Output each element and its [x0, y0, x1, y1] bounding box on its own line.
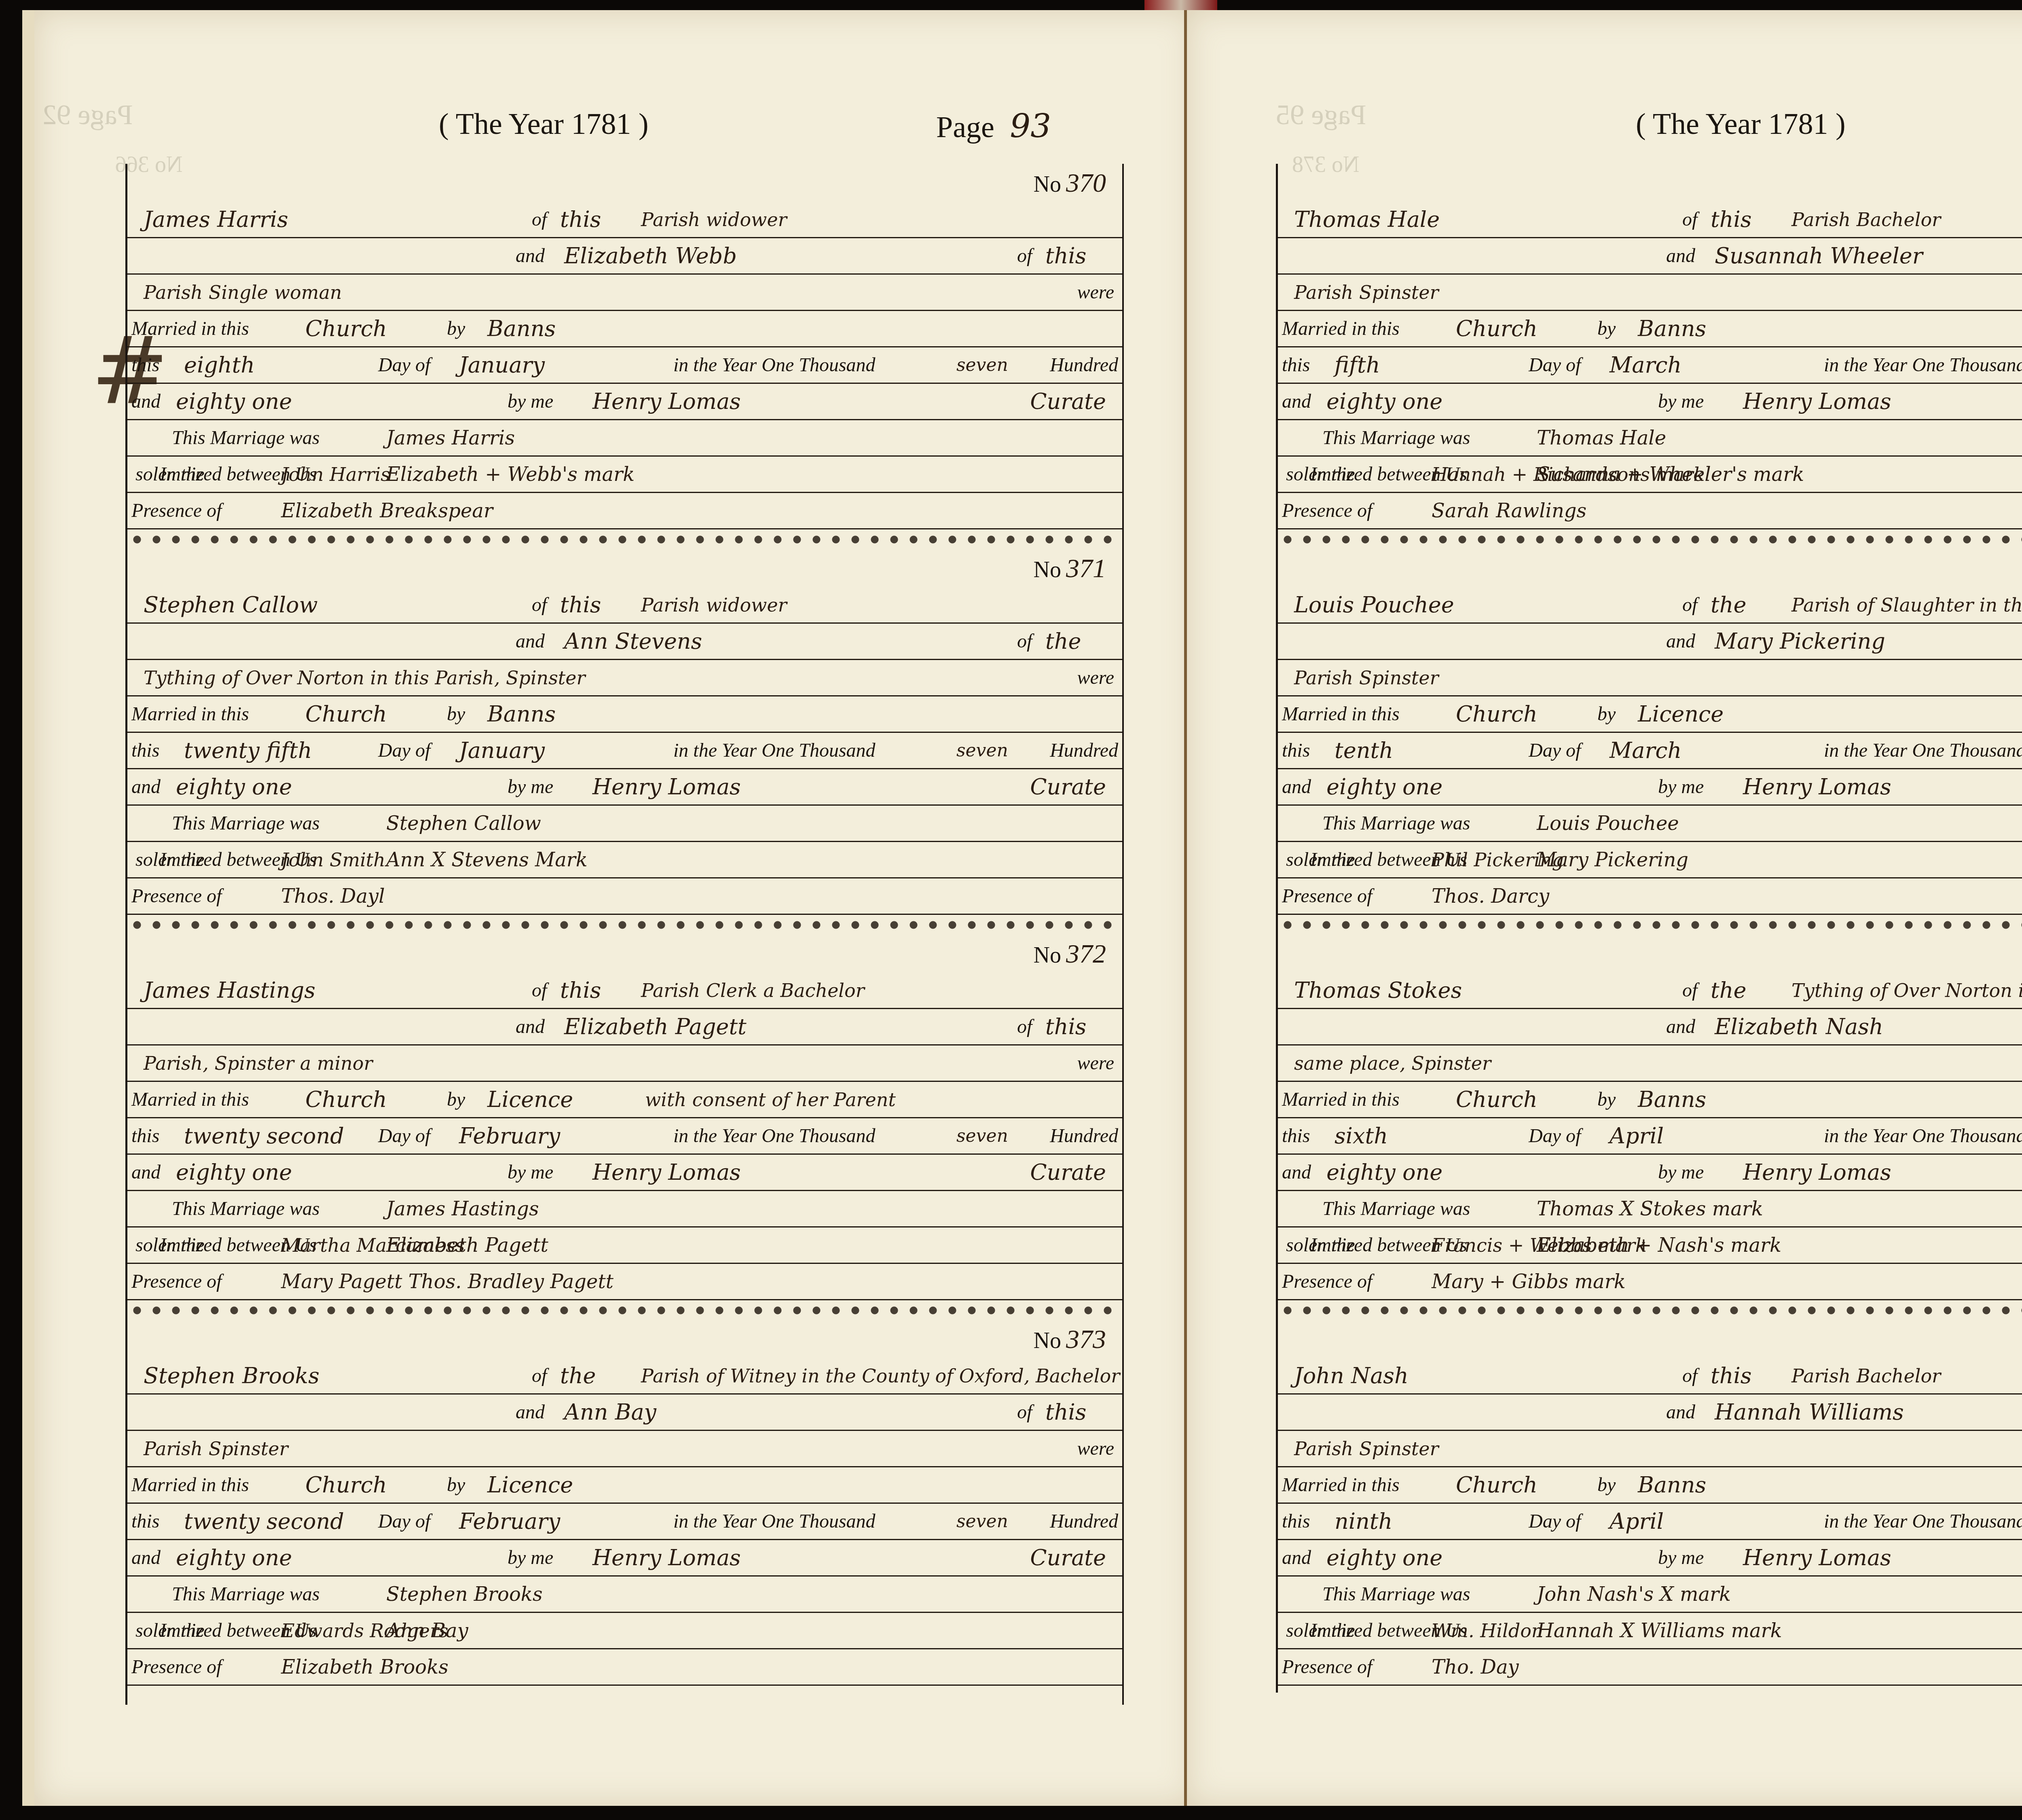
of-label: of: [1017, 1395, 1032, 1430]
witness-2: Elizabeth Brooks: [281, 1650, 448, 1685]
groom-of: this: [560, 973, 601, 1008]
witness-1: John Smith: [281, 842, 385, 877]
form-line: solemnized between UsMary Pickering: [1278, 842, 2022, 878]
were-label: were: [1077, 275, 1114, 310]
witness-2: Tho. Day: [1432, 1650, 1519, 1685]
year-words: eighty one: [1326, 384, 1442, 419]
officiant: Henry Lomas: [1743, 770, 1891, 804]
groom-description: Parish Clerk a Bachelor: [641, 973, 865, 1008]
signature-groom: Louis Pouchee: [1537, 806, 1679, 841]
and-label: and: [1282, 1541, 1311, 1575]
ornament-divider: [127, 1301, 1122, 1320]
form-line: In theHannah + Richardsons markPresence …: [1278, 493, 2022, 529]
form-line: Married in thisChurchbyLicencewith conse…: [127, 1082, 1122, 1118]
form-line: In theJohn HarrisPresence ofElizabeth Br…: [127, 493, 1122, 529]
bride-of: this: [1045, 1009, 1086, 1044]
entry-number: 373: [1066, 1325, 1106, 1354]
bride-description: Parish Spinster: [1294, 275, 1438, 310]
in-the-label: In the: [1310, 1228, 1355, 1263]
day: tenth: [1335, 733, 1393, 768]
this-label: this: [1282, 733, 1310, 768]
this-label: this: [1282, 1119, 1310, 1153]
century: seven: [956, 348, 1008, 383]
signature-groom: John Nash's X mark: [1537, 1577, 1731, 1612]
left-page: Page 92 No 366 # ( The Year 1781 ) Page …: [22, 10, 1195, 1806]
by-me-label: by me: [1658, 384, 1704, 419]
married-label: Married in this: [1282, 1468, 1400, 1503]
form-line: solemnized between UsAnn X Stevens Mark: [127, 842, 1122, 878]
hundred-label: Hundred: [1050, 1119, 1118, 1153]
this-label: this: [131, 1504, 159, 1539]
page-label: Page: [936, 111, 994, 144]
witness-2: Mary + Gibbs mark: [1432, 1264, 1626, 1299]
year-label: in the Year One Thousand: [673, 1119, 876, 1153]
presence-label: Presence of: [131, 879, 222, 914]
this-label: this: [1282, 348, 1310, 383]
witness-1: Edwards Rodgers: [281, 1613, 448, 1648]
by-label: by: [1597, 1082, 1616, 1117]
marriage-was-label: This Marriage was: [1322, 806, 1470, 841]
marriage-entry: No377John NashofthisParish BachelorandHa…: [1278, 1320, 2022, 1686]
bride-of: the: [1045, 624, 1081, 659]
role: Curate: [1030, 1155, 1106, 1190]
presence-label: Presence of: [131, 1650, 222, 1685]
form-line: solemnized between UsElizabeth + Nash's …: [1278, 1228, 2022, 1264]
year-words: eighty one: [1326, 770, 1442, 804]
form-line: Married in thisChurchbyLicence: [1278, 697, 2022, 733]
and-label: and: [131, 770, 161, 804]
married-label: Married in this: [1282, 311, 1400, 346]
groom-name: John Nash: [1294, 1359, 1409, 1393]
ornament-divider: [127, 915, 1122, 935]
form-line: thisfifthDay ofMarchin the Year One Thou…: [1278, 348, 2022, 384]
form-line: Parish Spinsterwere: [1278, 275, 2022, 311]
and-label: and: [131, 1541, 161, 1575]
by-label: by: [447, 1082, 465, 1117]
day: twenty fifth: [184, 733, 312, 768]
by-me-label: by me: [1658, 1155, 1704, 1190]
place: Church: [1456, 1082, 1538, 1117]
marriage-by: Banns: [1638, 1082, 1706, 1117]
month: February: [459, 1119, 560, 1153]
and-label: and: [1666, 1009, 1695, 1044]
witness-1: John Harris: [281, 457, 390, 492]
form-line: In theEdwards RodgersPresence ofElizabet…: [127, 1650, 1122, 1686]
marriage-entry: No375Louis PoucheeoftheParish of Slaught…: [1278, 549, 2022, 915]
and-label: and: [1282, 384, 1311, 419]
form-line: Louis PoucheeoftheParish of Slaughter in…: [1278, 588, 2022, 624]
entry-number: 372: [1066, 939, 1106, 969]
header-year: ( The Year 1781 ): [439, 107, 649, 142]
bride-name: Elizabeth Webb: [564, 239, 737, 273]
form-line: solemnized between UsElizabeth + Webb's …: [127, 457, 1122, 493]
of-label: of: [1682, 202, 1697, 237]
form-line: In thePhil PickeringPresence ofThos. Dar…: [1278, 879, 2022, 915]
form-line: Married in thisChurchbyBanns: [127, 311, 1122, 347]
form-line: This Marriage wasJohn Nash's X mark: [1278, 1577, 2022, 1613]
ornament-divider: [1278, 1301, 2022, 1320]
entry-number-label: No370: [1034, 168, 1106, 199]
signature-bride: Ann X Stevens Mark: [386, 842, 588, 877]
marriage-entry: No371Stephen CallowofthisParish widowera…: [127, 549, 1122, 915]
form-line: andElizabeth Nashofthe: [1278, 1009, 2022, 1045]
role: Curate: [1030, 770, 1106, 804]
day-of-label: Day of: [378, 733, 430, 768]
groom-of: this: [560, 588, 601, 622]
extra-note: with consent of her Parent: [645, 1082, 896, 1117]
ornament-divider: [1278, 530, 2022, 549]
day-of-label: Day of: [378, 1504, 430, 1539]
and-label: and: [516, 1395, 545, 1430]
form-line: This Marriage wasJames Harris: [127, 421, 1122, 457]
place: Church: [1456, 1468, 1538, 1503]
groom-name: Thomas Hale: [1294, 202, 1440, 237]
form-line: This Marriage wasJames Hastings: [127, 1191, 1122, 1227]
day: fifth: [1335, 348, 1380, 383]
signature-groom: James Hastings: [386, 1191, 539, 1226]
page-number-label: Page 93: [936, 107, 1051, 145]
day: sixth: [1335, 1119, 1388, 1153]
of-label: of: [532, 588, 547, 622]
groom-description: Parish Bachelor: [1791, 1359, 1941, 1393]
by-label: by: [1597, 697, 1616, 732]
were-label: were: [1077, 1046, 1114, 1081]
year-words: eighty one: [176, 770, 292, 804]
month: April: [1610, 1504, 1664, 1539]
form-line: Parish, Spinster a minorwere: [127, 1046, 1122, 1082]
officiant: Henry Lomas: [592, 1541, 741, 1575]
this-label: this: [131, 348, 159, 383]
signature-bride: Hannah X Williams mark: [1537, 1613, 1782, 1648]
groom-of: the: [1711, 588, 1746, 622]
form-line: Thomas HaleofthisParish Bachelor: [1278, 202, 2022, 238]
marriage-was-label: This Marriage was: [1322, 421, 1470, 455]
form-line: James HastingsofthisParish Clerk a Bache…: [127, 973, 1122, 1009]
marriage-was-label: This Marriage was: [172, 1191, 319, 1226]
form-line: Thomas StokesoftheTything of Over Norton…: [1278, 973, 2022, 1009]
and-label: and: [131, 1155, 161, 1190]
marriage-entry: No370James HarrisofthisParish widowerand…: [127, 164, 1122, 530]
and-label: and: [1282, 770, 1311, 804]
form-line: John NashofthisParish Bachelor: [1278, 1359, 2022, 1395]
and-label: and: [1666, 624, 1695, 659]
were-label: were: [1077, 1431, 1114, 1466]
of-label: of: [1017, 624, 1032, 659]
form-line: andHannah Williamsofthis: [1278, 1395, 2022, 1431]
form-line: This Marriage wasThomas X Stokes mark: [1278, 1191, 2022, 1227]
form-line: Married in thisChurchbyBanns: [127, 697, 1122, 733]
witness-2: Thos. Dayl: [281, 879, 385, 914]
form-line: Married in thisChurchbyLicence: [127, 1468, 1122, 1504]
form-line: thistenthDay ofMarchin the Year One Thou…: [1278, 733, 2022, 769]
groom-name: James Harris: [144, 202, 288, 237]
groom-of: the: [560, 1359, 596, 1393]
and-label: and: [516, 239, 545, 273]
signature-bride: Elizabeth + Webb's mark: [386, 457, 635, 492]
form-line: andeighty oneby meHenry LomasCurate: [127, 770, 1122, 806]
groom-name: Louis Pouchee: [1294, 588, 1454, 622]
form-line: andSusannah Wheelerofthis: [1278, 239, 2022, 275]
bride-name: Elizabeth Nash: [1715, 1009, 1883, 1044]
month: January: [459, 348, 545, 383]
by-me-label: by me: [508, 770, 553, 804]
signature-groom: Stephen Brooks: [386, 1577, 543, 1612]
marriage-entry: No376Thomas StokesoftheTything of Over N…: [1278, 935, 2022, 1301]
marriage-was-label: This Marriage was: [172, 421, 319, 455]
by-label: by: [447, 311, 465, 346]
form-line: solemnized between UsElizabeth Pagett: [127, 1228, 1122, 1264]
in-the-label: In the: [160, 842, 205, 877]
form-line: This Marriage wasStephen Callow: [127, 806, 1122, 842]
form-line: thistwenty secondDay ofFebruaryin the Ye…: [127, 1119, 1122, 1155]
marriage-entry: No374Thomas HaleofthisParish Bachelorand…: [1278, 164, 2022, 530]
day: eighth: [184, 348, 255, 383]
bride-description: Parish Spinster: [1294, 660, 1438, 695]
form-line: Stephen CallowofthisParish widower: [127, 588, 1122, 624]
married-label: Married in this: [1282, 697, 1400, 732]
marriage-by: Licence: [1638, 697, 1724, 732]
officiant: Henry Lomas: [592, 384, 741, 419]
witness-1: Hannah + Richardsons mark: [1432, 457, 1705, 492]
of-label: of: [532, 202, 547, 237]
month: January: [459, 733, 545, 768]
form-line: andElizabeth Webbofthis: [127, 239, 1122, 275]
married-label: Married in this: [131, 1082, 249, 1117]
form-line: solemnized between UsHannah X Williams m…: [1278, 1613, 2022, 1649]
day-of-label: Day of: [1529, 733, 1581, 768]
hundred-label: Hundred: [1050, 733, 1118, 768]
and-label: and: [516, 624, 545, 659]
bride-description: same place, Spinster: [1294, 1046, 1491, 1081]
by-label: by: [1597, 311, 1616, 346]
form-line: James HarrisofthisParish widower: [127, 202, 1122, 238]
no-label: No: [1034, 943, 1061, 968]
presence-label: Presence of: [1282, 1264, 1372, 1299]
marriage-by: Banns: [487, 697, 556, 732]
form-line: Married in thisChurchbyBanns: [1278, 1082, 2022, 1118]
witness-1: Wm. Hildon: [1432, 1613, 1543, 1648]
officiant: Henry Lomas: [1743, 1541, 1891, 1575]
groom-of: this: [560, 202, 601, 237]
groom-description: Parish of Slaughter in the County of Glo…: [1791, 588, 2022, 622]
entry-number-label: No371: [1034, 553, 1106, 584]
form-line: In theWm. HildonPresence ofTho. Day: [1278, 1650, 2022, 1686]
no-label: No: [1034, 172, 1061, 197]
married-label: Married in this: [131, 1468, 249, 1503]
month: April: [1610, 1119, 1664, 1153]
this-label: this: [131, 733, 159, 768]
form-line: Stephen BrooksoftheParish of Witney in t…: [127, 1359, 1122, 1395]
form-line: thiseighthDay ofJanuaryin the Year One T…: [127, 348, 1122, 384]
married-label: Married in this: [131, 697, 249, 732]
day-of-label: Day of: [1529, 1119, 1581, 1153]
entry-number: 370: [1066, 168, 1106, 198]
month: March: [1610, 733, 1681, 768]
form-line: Tything of Over Norton in this Parish, S…: [127, 660, 1122, 696]
in-the-label: In the: [160, 457, 205, 492]
form-line: solemnized between UsAnn Bay: [127, 1613, 1122, 1649]
presence-label: Presence of: [131, 493, 222, 528]
year-words: eighty one: [176, 1541, 292, 1575]
and-label: and: [516, 1009, 545, 1044]
form-line: Parish Spinsterwere: [127, 1431, 1122, 1467]
no-label: No: [1034, 557, 1061, 582]
form-line: andAnn Bayofthis: [127, 1395, 1122, 1431]
by-me-label: by me: [508, 1155, 553, 1190]
groom-name: Stephen Callow: [144, 588, 318, 622]
bride-description: Parish, Spinster a minor: [144, 1046, 372, 1081]
married-label: Married in this: [131, 311, 249, 346]
entry-number: 371: [1066, 554, 1106, 583]
form-line: Parish Single womanwere: [127, 275, 1122, 311]
groom-description: Parish widower: [641, 588, 787, 622]
officiant: Henry Lomas: [1743, 384, 1891, 419]
signature-groom: Thomas X Stokes mark: [1537, 1191, 1763, 1226]
bride-description: Parish Spinster: [144, 1431, 288, 1466]
and-label: and: [1666, 239, 1695, 273]
by-label: by: [447, 1468, 465, 1503]
were-label: were: [1077, 660, 1114, 695]
witness-2: Sarah Rawlings: [1432, 493, 1586, 528]
year-label: in the Year One Thousand: [673, 733, 876, 768]
witness-2: Elizabeth Breakspear: [281, 493, 493, 528]
marriage-was-label: This Marriage was: [172, 806, 319, 841]
form-line: thisninthDay ofAprilin the Year One Thou…: [1278, 1504, 2022, 1540]
witness-2: Mary Pagett Thos. Bradley Pagett: [281, 1264, 613, 1299]
groom-of: this: [1711, 202, 1751, 237]
groom-name: Thomas Stokes: [1294, 973, 1462, 1008]
form-line: Married in thisChurchbyBanns: [1278, 1468, 2022, 1504]
this-label: this: [1282, 1504, 1310, 1539]
officiant: Henry Lomas: [1743, 1155, 1891, 1190]
bride-name: Susannah Wheeler: [1715, 239, 1923, 273]
year-words: eighty one: [176, 384, 292, 419]
this-label: this: [131, 1119, 159, 1153]
day: ninth: [1335, 1504, 1392, 1539]
of-label: of: [1682, 588, 1697, 622]
form-line: andElizabeth Pagettofthis: [127, 1009, 1122, 1045]
presence-label: Presence of: [131, 1264, 222, 1299]
header-year: ( The Year 1781 ): [1636, 107, 1846, 142]
in-the-label: In the: [160, 1228, 205, 1263]
officiant: Henry Lomas: [592, 770, 741, 804]
marriage-entry: No373Stephen BrooksoftheParish of Witney…: [127, 1320, 1122, 1686]
year-label: in the Year One Thousand: [673, 348, 876, 383]
day: twenty second: [184, 1119, 344, 1153]
form-line: andeighty oneby meHenry LomasCurate: [127, 1541, 1122, 1577]
and-label: and: [131, 384, 161, 419]
form-line: Parish Spinsterwere: [1278, 1431, 2022, 1467]
groom-name: James Hastings: [144, 973, 315, 1008]
groom-description: Parish of Witney in the County of Oxford…: [641, 1359, 1120, 1393]
form-line: same place, Spinsterwere: [1278, 1046, 2022, 1082]
day-of-label: Day of: [378, 1119, 430, 1153]
bride-name: Ann Bay: [564, 1395, 656, 1430]
bride-of: this: [1045, 239, 1086, 273]
by-me-label: by me: [1658, 1541, 1704, 1575]
of-label: of: [1682, 973, 1697, 1008]
year-words: eighty one: [1326, 1155, 1442, 1190]
presence-label: Presence of: [1282, 879, 1372, 914]
role: Curate: [1030, 384, 1106, 419]
bride-description: Tything of Over Norton in this Parish, S…: [144, 660, 586, 695]
century: seven: [956, 1119, 1008, 1153]
by-me-label: by me: [508, 384, 553, 419]
form-line: This Marriage wasLouis Pouchee: [1278, 806, 2022, 842]
place: Church: [305, 1082, 387, 1117]
bride-name: Hannah Williams: [1715, 1395, 1904, 1430]
witness-1: Martha Marcamess: [281, 1228, 465, 1263]
marriage-by: Licence: [487, 1082, 573, 1117]
groom-of: this: [1711, 1359, 1751, 1393]
form-line: In theJohn SmithPresence ofThos. Dayl: [127, 879, 1122, 915]
form-line: andeighty oneby meHenry LomasCurate: [1278, 1155, 2022, 1191]
in-the-label: In the: [160, 1613, 205, 1648]
marriage-entry: No372James HastingsofthisParish Clerk a …: [127, 935, 1122, 1301]
signature-groom: James Harris: [386, 421, 515, 455]
form-line: This Marriage wasStephen Brooks: [127, 1577, 1122, 1613]
ornament-divider: [1278, 915, 2022, 935]
year-label: in the Year One Thousand: [1824, 1119, 2022, 1153]
year-words: eighty one: [1326, 1541, 1442, 1575]
by-me-label: by me: [508, 1541, 553, 1575]
day-of-label: Day of: [1529, 348, 1581, 383]
presence-label: Presence of: [1282, 1650, 1372, 1685]
form-line: thistwenty secondDay ofFebruaryin the Ye…: [127, 1504, 1122, 1540]
form-line: andeighty oneby meHenry LomasCurate: [1278, 1541, 2022, 1577]
marriage-was-label: This Marriage was: [1322, 1577, 1470, 1612]
bride-name: Elizabeth Pagett: [564, 1009, 747, 1044]
form-line: thissixthDay ofAprilin the Year One Thou…: [1278, 1119, 2022, 1155]
witness-2: Thos. Darcy: [1432, 879, 1549, 914]
right-page: Page 95 No 378 ( The Year 1781 ) Page 94…: [1187, 10, 2022, 1806]
groom-description: Parish Bachelor: [1791, 202, 1941, 237]
form-line: In theFrancis + Webbs markPresence ofMar…: [1278, 1264, 2022, 1300]
and-label: and: [1282, 1155, 1311, 1190]
day-of-label: Day of: [378, 348, 430, 383]
form-line: andAnn Stevensofthe: [127, 624, 1122, 660]
day: twenty second: [184, 1504, 344, 1539]
and-label: and: [1666, 1395, 1695, 1430]
year-label: in the Year One Thousand: [1824, 733, 2022, 768]
month: February: [459, 1504, 560, 1539]
groom-description: Parish widower: [641, 202, 787, 237]
hundred-label: Hundred: [1050, 1504, 1118, 1539]
by-label: by: [447, 697, 465, 732]
marriage-was-label: This Marriage was: [172, 1577, 319, 1612]
form-line: andeighty oneby meHenry LomasCurate: [127, 384, 1122, 420]
form-line: Parish Spinsterwere: [1278, 660, 2022, 696]
year-label: in the Year One Thousand: [1824, 1504, 2022, 1539]
marriage-by: Licence: [487, 1468, 573, 1503]
of-label: of: [532, 973, 547, 1008]
in-the-label: In the: [1310, 457, 1355, 492]
in-the-label: In the: [1310, 1613, 1355, 1648]
form-line: In theMartha MarcamessPresence ofMary Pa…: [127, 1264, 1122, 1300]
page-number: 93: [1010, 107, 1051, 145]
bride-description: Parish Spinster: [1294, 1431, 1438, 1466]
marriage-was-label: This Marriage was: [1322, 1191, 1470, 1226]
century: seven: [956, 733, 1008, 768]
register-right: No374Thomas HaleofthisParish Bachelorand…: [1276, 164, 2022, 1693]
role: Curate: [1030, 1541, 1106, 1575]
ornament-divider: [127, 530, 1122, 549]
day-of-label: Day of: [1529, 1504, 1581, 1539]
form-line: Married in thisChurchbyBanns: [1278, 311, 2022, 347]
place: Church: [305, 1468, 387, 1503]
entry-number-label: No372: [1034, 939, 1106, 969]
place: Church: [1456, 697, 1538, 732]
